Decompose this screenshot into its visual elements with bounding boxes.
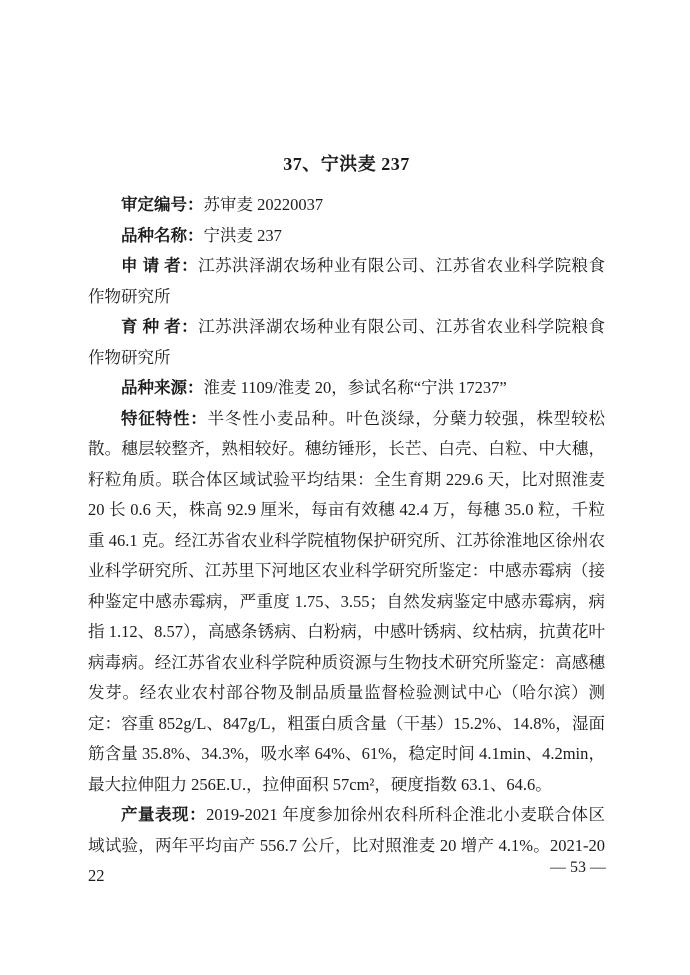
- field-yield-performance: 产量表现：2019-2021 年度参加徐州农科所科企淮北小麦联合体区域试验，两年…: [88, 800, 605, 892]
- field-breeder-label: 育 种 者：: [121, 317, 198, 336]
- field-variety-name-label: 品种名称：: [121, 226, 204, 245]
- field-certification-number: 审定编号：苏审麦 20220037: [88, 190, 605, 221]
- field-characteristics-label: 特征特性：: [121, 409, 208, 428]
- document-content: 37、宁洪麦 237 审定编号：苏审麦 20220037 品种名称：宁洪麦 23…: [88, 150, 605, 892]
- field-variety-source: 品种来源：淮麦 1109/淮麦 20，参试名称“宁洪 17237”: [88, 373, 605, 404]
- field-certification-number-value: 苏审麦 20220037: [204, 195, 324, 214]
- field-applicant: 申 请 者：江苏洪泽湖农场种业有限公司、江苏省农业科学院粮食作物研究所: [88, 251, 605, 312]
- field-yield-performance-label: 产量表现：: [121, 805, 206, 824]
- document-title: 37、宁洪麦 237: [88, 150, 605, 178]
- page-number: — 53 —: [550, 856, 606, 880]
- field-variety-source-label: 品种来源：: [121, 378, 204, 397]
- field-variety-name: 品种名称：宁洪麦 237: [88, 221, 605, 252]
- field-applicant-label: 申 请 者：: [121, 256, 198, 275]
- field-certification-number-label: 审定编号：: [121, 195, 204, 214]
- field-characteristics-value: 半冬性小麦品种。叶色淡绿，分蘖力较强，株型较松散。穗层较整齐，熟相较好。穗纺锤形…: [88, 409, 605, 794]
- document-page: 37、宁洪麦 237 审定编号：苏审麦 20220037 品种名称：宁洪麦 23…: [0, 0, 690, 975]
- field-characteristics: 特征特性：半冬性小麦品种。叶色淡绿，分蘖力较强，株型较松散。穗层较整齐，熟相较好…: [88, 404, 605, 801]
- field-breeder: 育 种 者：江苏洪泽湖农场种业有限公司、江苏省农业科学院粮食作物研究所: [88, 312, 605, 373]
- field-variety-name-value: 宁洪麦 237: [204, 226, 282, 245]
- field-variety-source-value: 淮麦 1109/淮麦 20，参试名称“宁洪 17237”: [204, 378, 507, 397]
